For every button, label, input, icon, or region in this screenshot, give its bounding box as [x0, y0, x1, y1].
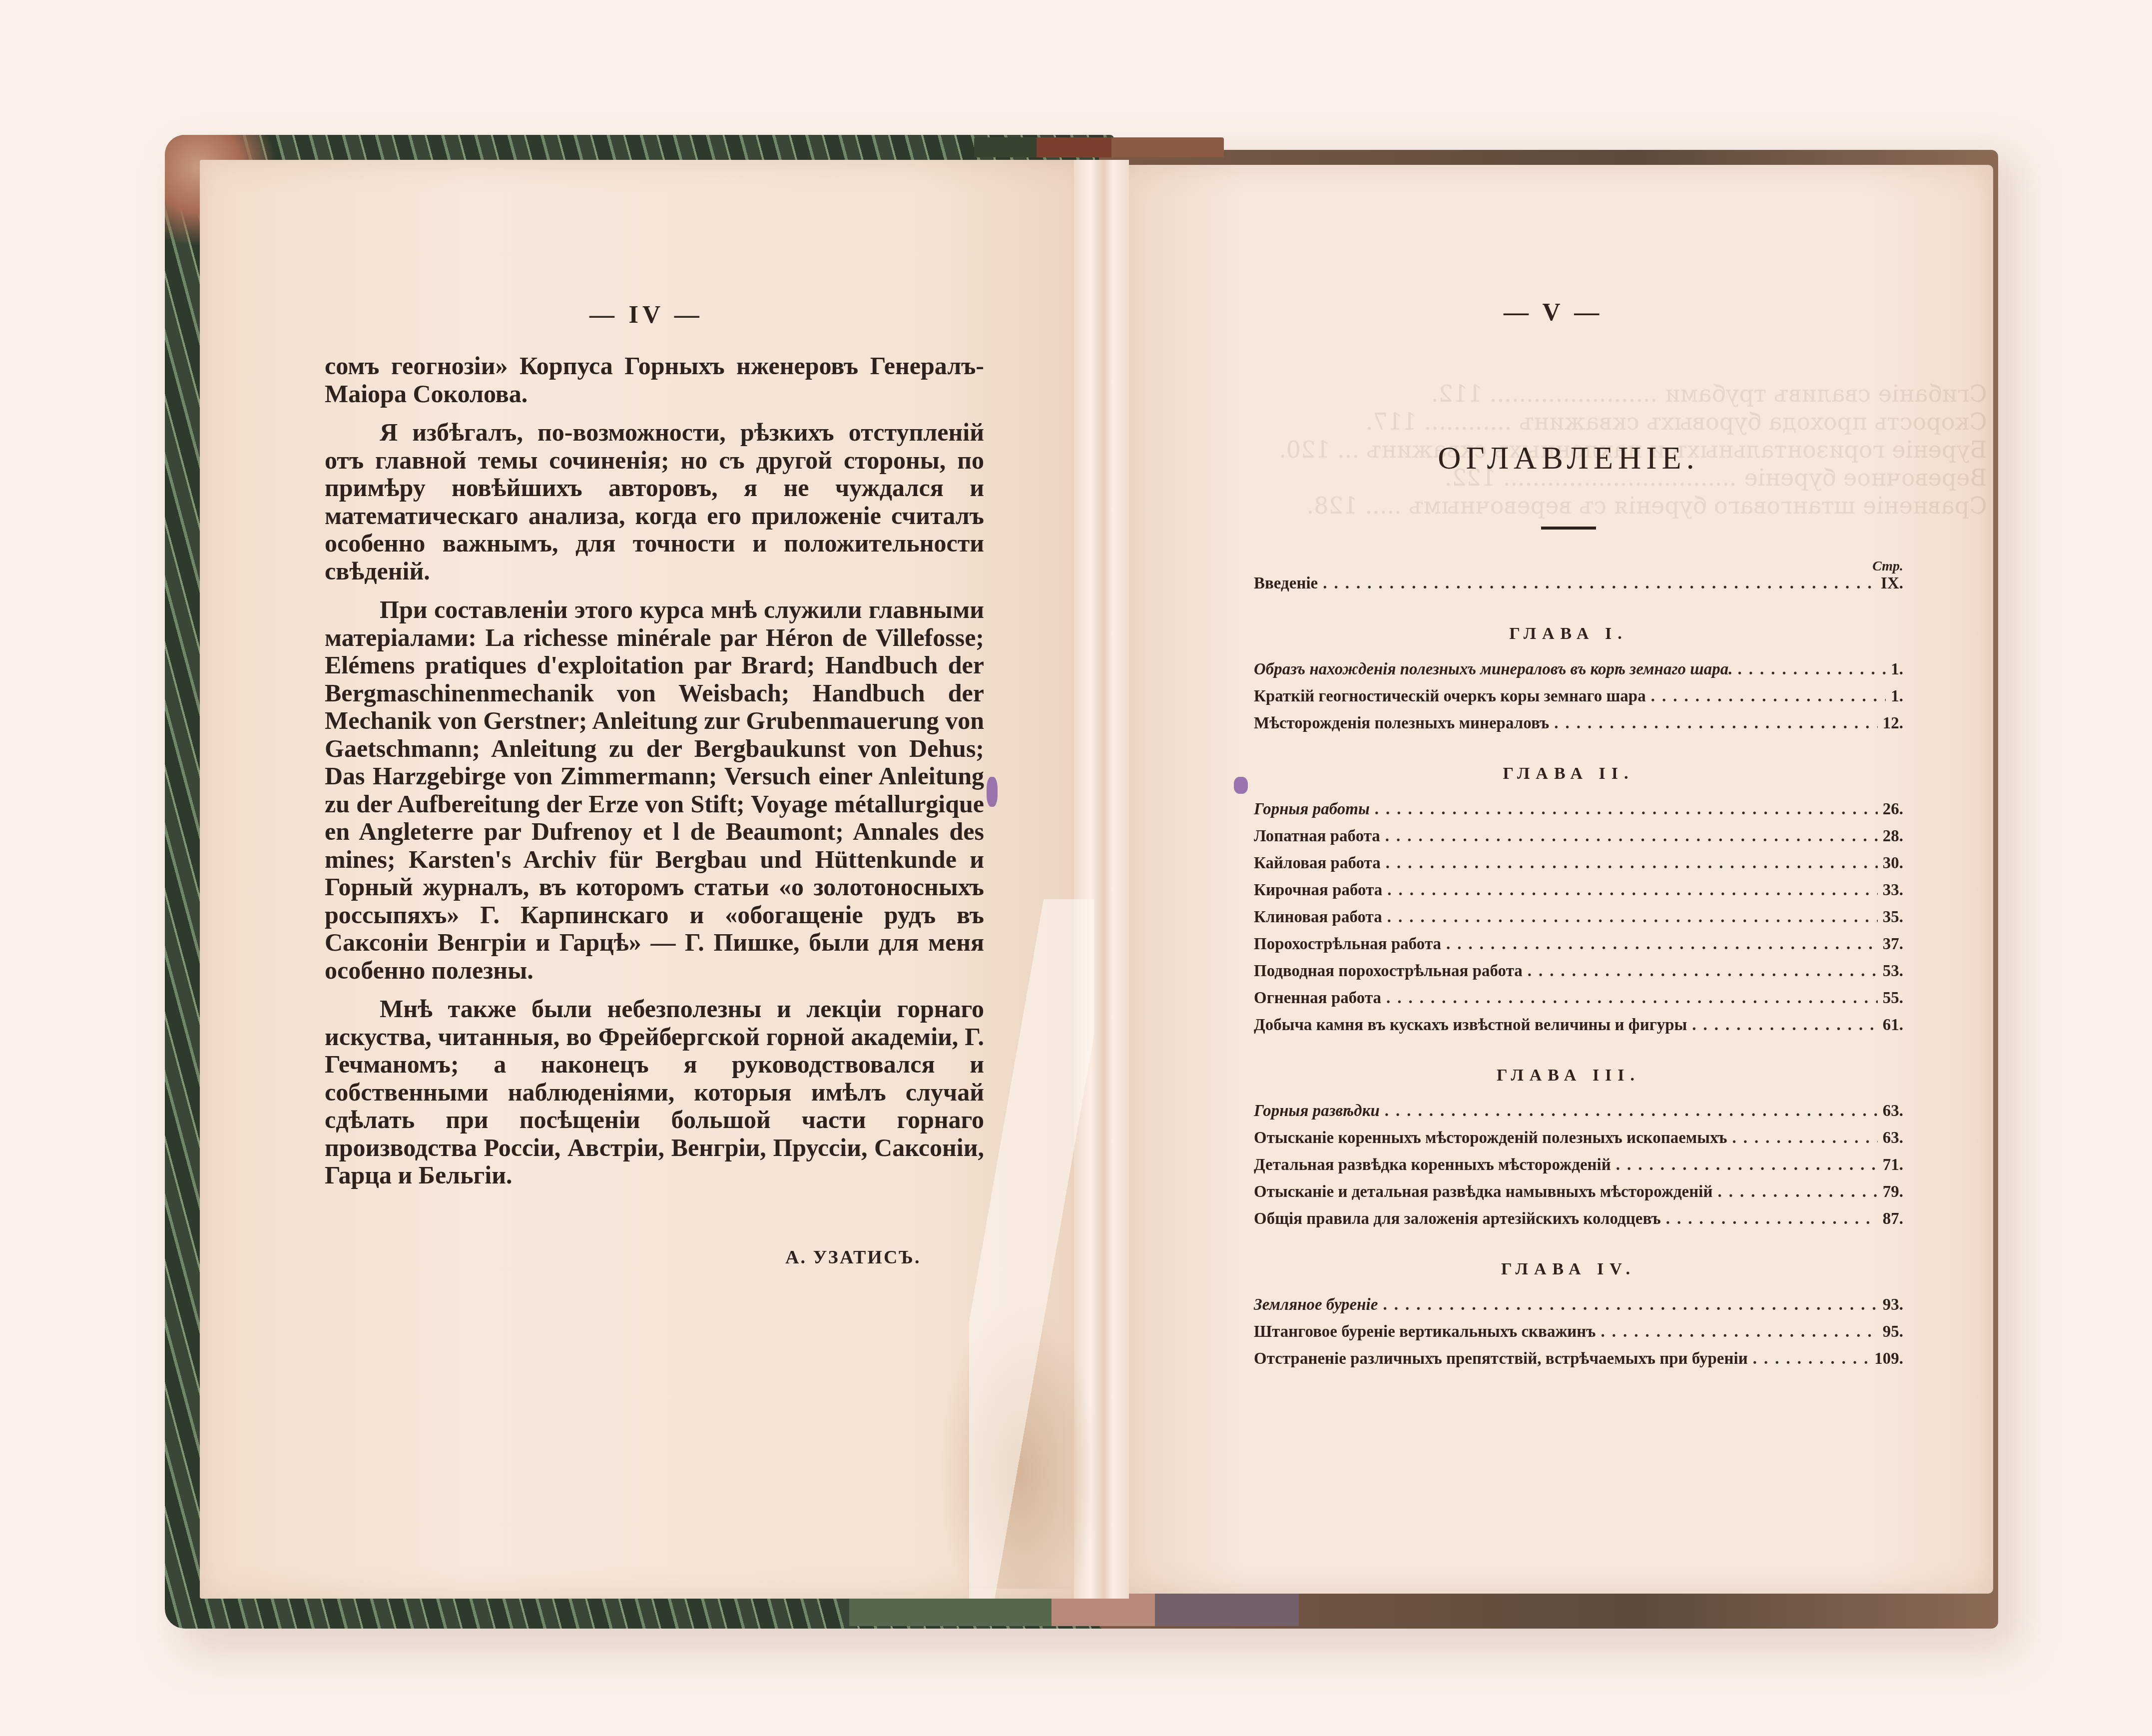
leader-dots: ........................................… [1616, 1156, 1878, 1174]
author-signature: А. УЗАТИСЪ. [785, 1246, 921, 1268]
toc-entry[interactable]: Отстраненіе различныхъ препятствій, встр… [1254, 1350, 1903, 1377]
toc-entry-page: 93. [1883, 1296, 1903, 1314]
toc-entry-label: Отысканіе коренныхъ мѣсторожденій полезн… [1254, 1129, 1727, 1148]
paragraph: сомъ геогнозіи» Корпуса Горныхъ нженеров… [325, 352, 984, 408]
leader-dots: ........................................… [1717, 1183, 1877, 1201]
leader-dots: ........................................… [1738, 660, 1886, 679]
toc-entry-label: Клиновая работа [1254, 908, 1382, 927]
toc-entry[interactable]: Штанговое буреніе вертикальныхъ скважинъ… [1254, 1323, 1903, 1350]
toc-entry-label: Детальная развѣдка коренныхъ мѣсторожден… [1254, 1156, 1611, 1174]
chapter-heading: ГЛАВА II. [1234, 764, 1903, 783]
toc-entry-page: 53. [1883, 962, 1903, 981]
toc-entry-label: Кирочная работа [1254, 881, 1382, 900]
toc-entry-page: 109. [1874, 1350, 1903, 1368]
toc-entry-page: IX. [1881, 575, 1903, 593]
toc-entry-label: Отстраненіе различныхъ препятствій, встр… [1254, 1350, 1748, 1368]
toc-entry-label: Образъ нахожденія полезныхъ минераловъ в… [1254, 660, 1733, 679]
toc-entry[interactable]: Детальная развѣдка коренныхъ мѣсторожден… [1254, 1156, 1903, 1183]
table-of-contents: ОГЛАВЛЕНІЕ. Стр. Введеніе ..............… [1254, 440, 1903, 1377]
leader-dots: ........................................… [1528, 962, 1878, 981]
toc-entry-intro[interactable]: Введеніе ...............................… [1254, 575, 1903, 601]
toc-entry-page: 12. [1883, 714, 1903, 733]
toc-entry[interactable]: Земляное буреніе........................… [1254, 1296, 1903, 1323]
toc-entry[interactable]: Краткій геогностическій очеркъ коры земн… [1254, 687, 1903, 714]
leader-dots: ........................................… [1387, 881, 1877, 900]
toc-entry-label: Краткій геогностическій очеркъ коры земн… [1254, 687, 1646, 706]
toc-entry-page: 55. [1883, 989, 1903, 1008]
toc-entry[interactable]: Общія правила для заложенія артезійскихъ… [1254, 1210, 1903, 1237]
folio-right: — V — [1504, 297, 1603, 326]
toc-entry[interactable]: Огненная работа.........................… [1254, 989, 1903, 1016]
toc-entry[interactable]: Лопатная работа.........................… [1254, 827, 1903, 854]
toc-entry[interactable]: Кайловая работа.........................… [1254, 854, 1903, 881]
leader-dots: ........................................… [1446, 935, 1878, 954]
spine-top [974, 137, 1224, 157]
toc-entry-label: Лопатная работа [1254, 827, 1380, 846]
toc-entry-label: Огненная работа [1254, 989, 1381, 1008]
left-page-body: сомъ геогнозіи» Корпуса Горныхъ нженеров… [325, 352, 984, 1200]
toc-entry-label: Общія правила для заложенія артезійскихъ… [1254, 1210, 1661, 1228]
toc-entry-label: Мѣсторожденія полезныхъ минераловъ [1254, 714, 1549, 733]
leader-dots: ........................................… [1753, 1350, 1870, 1368]
leader-dots: ........................................… [1385, 827, 1878, 846]
toc-entry-label: Порохострѣльная работа [1254, 935, 1441, 954]
paragraph: Мнѣ также были небезполезны и лекціи гор… [325, 995, 984, 1189]
toc-entry-page: 71. [1883, 1156, 1903, 1174]
toc-entry-label: Горныя развѣдки [1254, 1102, 1380, 1121]
leader-dots: ........................................… [1323, 575, 1876, 593]
toc-entry-page: 26. [1883, 800, 1903, 819]
toc-entry[interactable]: Горныя развѣдки.........................… [1254, 1102, 1903, 1129]
paragraph: При составленіи этого курса мнѣ служили … [325, 596, 984, 984]
toc-title: ОГЛАВЛЕНІЕ. [1234, 440, 1903, 477]
ink-stamp-mark [1234, 777, 1248, 794]
toc-entry-page: 95. [1883, 1323, 1903, 1341]
toc-entry[interactable]: Горныя работы...........................… [1254, 800, 1903, 827]
page-column-label: Стр. [1254, 559, 1903, 575]
toc-entry-page: 28. [1883, 827, 1903, 846]
ink-stamp-mark [987, 777, 998, 807]
toc-entry[interactable]: Порохострѣльная работа..................… [1254, 935, 1903, 962]
toc-entry[interactable]: Кирочная работа.........................… [1254, 881, 1903, 908]
toc-entry-label: Введеніе [1254, 575, 1318, 593]
toc-entry-label: Кайловая работа [1254, 854, 1381, 873]
leader-dots: ........................................… [1375, 800, 1878, 819]
chapter-heading: ГЛАВА I. [1234, 624, 1903, 643]
title-rule [1541, 527, 1596, 530]
chapter-list: ГЛАВА I.Образъ нахожденія полезныхъ мине… [1254, 624, 1903, 1377]
chapter-heading: ГЛАВА III. [1234, 1066, 1903, 1085]
leader-dots: ........................................… [1386, 989, 1878, 1008]
leader-dots: ........................................… [1386, 854, 1878, 873]
toc-entry[interactable]: Добыча камня въ кускахъ извѣстной величи… [1254, 1016, 1903, 1043]
leader-dots: ........................................… [1651, 687, 1886, 706]
toc-entry-page: 35. [1883, 908, 1903, 927]
toc-entry[interactable]: Мѣсторожденія полезныхъ минераловъ......… [1254, 714, 1903, 741]
toc-entry-page: 37. [1883, 935, 1903, 954]
toc-entry[interactable]: Клиновая работа.........................… [1254, 908, 1903, 935]
leader-dots: ........................................… [1383, 1296, 1877, 1314]
toc-entry-page: 87. [1883, 1210, 1903, 1228]
toc-entry-label: Горныя работы [1254, 800, 1370, 819]
leader-dots: ........................................… [1387, 908, 1878, 927]
toc-entry-page: 79. [1883, 1183, 1903, 1201]
chapter-heading: ГЛАВА IV. [1234, 1260, 1903, 1279]
toc-entry-label: Штанговое буреніе вертикальныхъ скважинъ [1254, 1323, 1596, 1341]
toc-entry-label: Земляное буреніе [1254, 1296, 1378, 1314]
toc-entry-page: 30. [1883, 854, 1903, 873]
toc-entry-page: 1. [1891, 687, 1903, 706]
leader-dots: ........................................… [1692, 1016, 1878, 1035]
toc-entry[interactable]: Отысканіе коренныхъ мѣсторожденій полезн… [1254, 1129, 1903, 1156]
toc-entry-label: Подводная порохострѣльная работа [1254, 962, 1523, 981]
toc-entry[interactable]: Образъ нахожденія полезныхъ минераловъ в… [1254, 660, 1903, 687]
toc-entry-page: 63. [1883, 1102, 1903, 1121]
toc-entry-page: 33. [1883, 881, 1903, 900]
paragraph: Я избѣгалъ, по-возможности, рѣзкихъ отст… [325, 419, 984, 585]
leader-dots: ........................................… [1666, 1210, 1878, 1228]
folio-left: — IV — [589, 300, 703, 329]
toc-entry[interactable]: Подводная порохострѣльная работа........… [1254, 962, 1903, 989]
paper-tear [969, 899, 1094, 1599]
toc-entry-label: Добыча камня въ кускахъ извѣстной величи… [1254, 1016, 1687, 1035]
leader-dots: ........................................… [1554, 714, 1878, 733]
leader-dots: ........................................… [1732, 1129, 1878, 1148]
leader-dots: ........................................… [1601, 1323, 1878, 1341]
toc-entry[interactable]: Отысканіе и детальная развѣдка намывныхъ… [1254, 1183, 1903, 1210]
leader-dots: ........................................… [1385, 1102, 1878, 1121]
toc-entry-page: 63. [1883, 1129, 1903, 1148]
toc-entry-label: Отысканіе и детальная развѣдка намывныхъ… [1254, 1183, 1712, 1201]
toc-entry-page: 61. [1883, 1016, 1903, 1035]
toc-entry-page: 1. [1891, 660, 1903, 679]
